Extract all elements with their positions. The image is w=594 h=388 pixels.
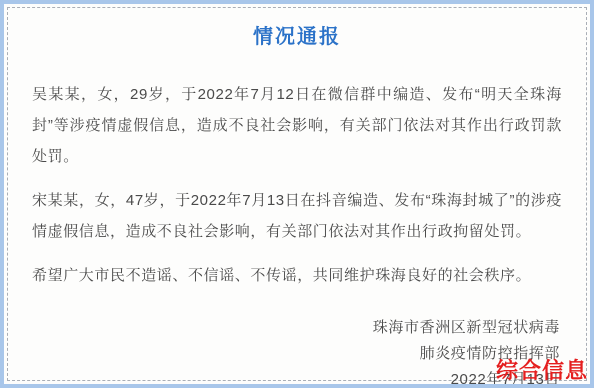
signature-line-2: 肺炎疫情防控指挥部 [32,341,560,367]
signature-block: 珠海市香洲区新型冠状病毒 肺炎疫情防控指挥部 2022年7月13日 [32,315,562,388]
notice-body: 吴某某，女，29岁，于2022年7月12日在微信群中编造、发布“明天全珠海封”等… [32,79,562,291]
inner-dashed-frame: 情况通报 吴某某，女，29岁，于2022年7月12日在微信群中编造、发布“明天全… [7,7,587,381]
body-paragraph-3: 希望广大市民不造谣、不信谣、不传谣，共同维护珠海良好的社会秩序。 [32,260,562,291]
body-paragraph-1: 吴某某，女，29岁，于2022年7月12日在微信群中编造、发布“明天全珠海封”等… [32,79,562,172]
page-title: 情况通报 [32,25,562,49]
notice-card: 情况通报 吴某某，女，29岁，于2022年7月12日在微信群中编造、发布“明天全… [0,0,594,388]
body-paragraph-2: 宋某某，女，47岁，于2022年7月13日在抖音编造、发布“珠海封城了”的涉疫情… [32,185,562,247]
signature-date: 2022年7月13日 [32,367,560,388]
signature-line-1: 珠海市香洲区新型冠状病毒 [32,315,560,341]
watermark: 综合信息 [496,358,588,384]
